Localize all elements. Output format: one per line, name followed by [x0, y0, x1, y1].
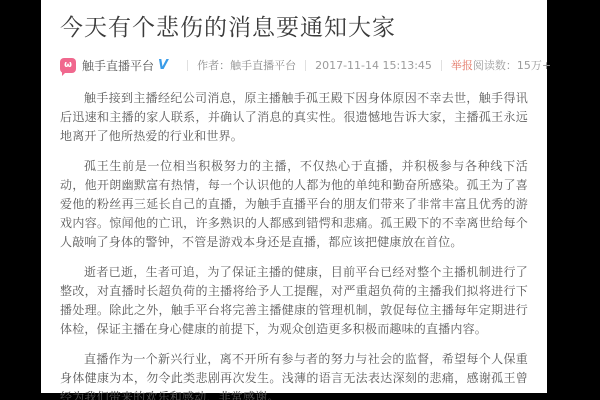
letterbox-background: { "article": { "title": "今天有个悲伤的消息要通知大家"… [0, 0, 600, 400]
publish-timestamp: 2017-11-14 15:13:45 [315, 59, 432, 72]
article-paragraph: 逝者已逝，生者可追，为了保证主播的健康，目前平台已经对整个主播机制进行了整改，对… [60, 263, 528, 339]
article-body: 触手接到主播经纪公司消息，原主播触手孤王殿下因身体原因不幸去世，触手得讯后迅速和… [60, 89, 528, 400]
read-count: 阅读数：15万+ [473, 57, 551, 73]
article-paragraph: 孤王生前是一位相当积极努力的主播，不仅热心于直播，并积极参与各种线下活动，他开朗… [60, 157, 528, 252]
divider [441, 60, 442, 71]
report-link[interactable]: 举报 [451, 57, 473, 73]
divider [305, 60, 306, 71]
author-label: 作者：触手直播平台 [197, 57, 296, 73]
article-page: 今天有个悲伤的消息要通知大家 ω 触手直播平台 V 作者：触手直播平台 2017… [41, 0, 547, 393]
verified-badge-icon: V [158, 58, 168, 73]
article-paragraph: 触手接到主播经纪公司消息，原主播触手孤王殿下因身体原因不幸去世，触手得讯后迅速和… [60, 89, 528, 146]
article-paragraph: 直播作为一个新兴行业，离不开所有参与者的努力与社会的监督，希望每个人保重身体健康… [60, 350, 528, 400]
publisher-name[interactable]: 触手直播平台 [82, 57, 154, 74]
publisher-logo-icon[interactable]: ω [60, 58, 76, 73]
divider [187, 60, 188, 71]
byline-bar: ω 触手直播平台 V 作者：触手直播平台 2017-11-14 15:13:45… [60, 57, 528, 74]
article-title: 今天有个悲伤的消息要通知大家 [60, 14, 528, 44]
